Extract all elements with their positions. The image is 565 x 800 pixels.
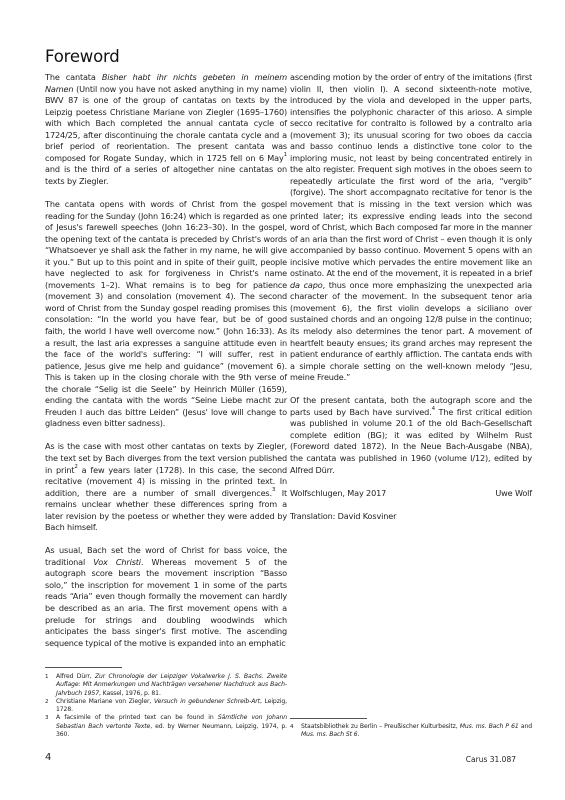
paragraph: As usual, Bach set the word of Christ fo… bbox=[45, 545, 287, 649]
signature-place-date: Wolfschlugen, May 2017 bbox=[290, 488, 386, 500]
text-run: and bbox=[519, 723, 532, 730]
italic-text: da capo bbox=[290, 280, 323, 290]
italic-text: Mus. ms. Bach St 6 bbox=[301, 731, 358, 738]
paragraph: As is the case with most other cantatas … bbox=[45, 441, 287, 533]
page-number: 4 bbox=[45, 752, 51, 763]
footnote: 3A facsimile of the printed text can be … bbox=[45, 714, 287, 739]
signature-line: Wolfschlugen, May 2017 Uwe Wolf bbox=[290, 488, 532, 500]
footnote: 1Alfred Dürr, Zur Chronologie der Leipzi… bbox=[45, 673, 287, 698]
page-title: Foreword bbox=[45, 47, 120, 66]
paragraph: The cantata Bisher habt ihr nichts gebet… bbox=[45, 72, 287, 187]
text-run: Christiane Mariane von Ziegler, bbox=[56, 698, 154, 705]
text-run: a few years later (1728). In this case, … bbox=[45, 465, 287, 498]
left-column: The cantata Bisher habt ihr nichts gebet… bbox=[45, 72, 287, 661]
footnote-ref: 3 bbox=[272, 487, 275, 493]
footnote-divider-left bbox=[45, 667, 122, 668]
text-run: . bbox=[358, 731, 360, 738]
italic-text: Versuch in gebundener Schreib-Art bbox=[154, 698, 260, 705]
text-run: , thus once more emphasizing the unexpec… bbox=[290, 280, 532, 382]
footnote-divider-right bbox=[290, 718, 367, 719]
italic-text: Vox Christi bbox=[93, 557, 141, 567]
translation-credit: Translation: David Kosviner bbox=[290, 511, 532, 523]
footnote-number: 1 bbox=[45, 673, 48, 681]
paragraph: The cantata opens with words of Christ f… bbox=[45, 199, 287, 430]
paragraph: Of the present cantata, both the autogra… bbox=[290, 395, 532, 476]
footnotes-right: 4Staatsbibliothek zu Berlin – Preußische… bbox=[290, 723, 532, 740]
footnote-number: 2 bbox=[45, 698, 48, 706]
text-run: Alfred Dürr, bbox=[56, 673, 95, 680]
italic-text: Mus. ms. Bach P 61 bbox=[460, 723, 519, 730]
footnote: 2Christiane Mariane von Ziegler, Versuch… bbox=[45, 698, 287, 715]
footnote: 4Staatsbibliothek zu Berlin – Preußische… bbox=[290, 723, 532, 740]
right-column-paragraphs: ascending motion by the order of entry o… bbox=[290, 72, 532, 476]
right-column: ascending motion by the order of entry o… bbox=[290, 72, 532, 522]
paragraph: ascending motion by the order of entry o… bbox=[290, 72, 532, 384]
footnote-number: 4 bbox=[290, 723, 293, 731]
text-run: A facsimile of the printed text can be f… bbox=[56, 714, 218, 721]
text-run: Staatsbibliothek zu Berlin – Preußischer… bbox=[301, 723, 460, 730]
catalog-number: Carus 31.087 bbox=[466, 755, 516, 764]
footnote-number: 3 bbox=[45, 714, 48, 722]
text-run: The cantata bbox=[45, 72, 102, 82]
footnotes-left: 1Alfred Dürr, Zur Chronologie der Leipzi… bbox=[45, 673, 287, 739]
text-run: . Whereas movement 5 of the autograph sc… bbox=[45, 557, 287, 648]
text-run: ascending motion by the order of entry o… bbox=[290, 72, 532, 278]
text-run: (Until now you have not asked anything i… bbox=[45, 84, 287, 163]
footnote-ref: 4 bbox=[432, 406, 435, 412]
text-run: The cantata opens with words of Christ f… bbox=[45, 199, 287, 428]
text-run: , Kassel, 1976, p. 81. bbox=[99, 690, 161, 697]
footnote-ref: 2 bbox=[74, 464, 77, 470]
footnote-ref: 1 bbox=[284, 152, 287, 158]
signature-author: Uwe Wolf bbox=[495, 488, 532, 500]
text-run: and is the third of a series of altogeth… bbox=[45, 164, 287, 186]
